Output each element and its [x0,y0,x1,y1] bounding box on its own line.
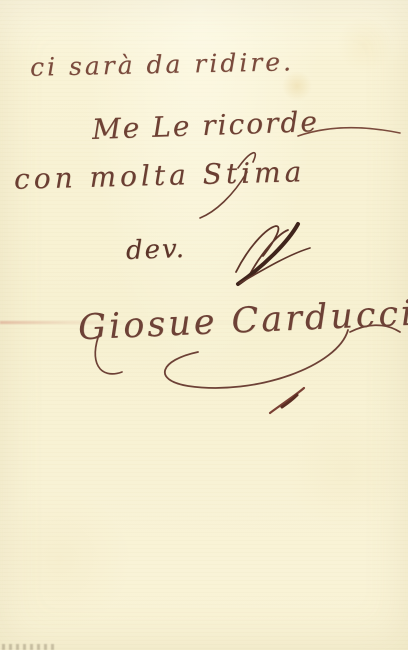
comma-flourish-core [282,395,297,407]
letter-line-1: ci sarà da ridire. [30,47,295,82]
edge-print-fragment [2,644,56,650]
paraph-exit-stroke [240,248,310,283]
ricorde-tail-stroke [298,128,400,136]
signature-g-tail [95,332,122,374]
stima-flourish [200,153,255,218]
ink-flourishes [0,0,408,650]
paraph-heavy-stroke [238,224,298,284]
paraph-flourish [236,226,288,274]
letter-scan: ci sarà da ridire. Me Le ricorde con mol… [0,0,408,650]
fold-crease [0,321,408,324]
letter-line-2: Me Le ricorde [91,105,319,146]
valediction: dev. [125,234,186,266]
letter-line-3: con molta Stima [14,155,306,196]
signature-underline-sweep [165,330,348,388]
signature-terminal-stroke [350,325,400,332]
comma-flourish [270,388,304,413]
